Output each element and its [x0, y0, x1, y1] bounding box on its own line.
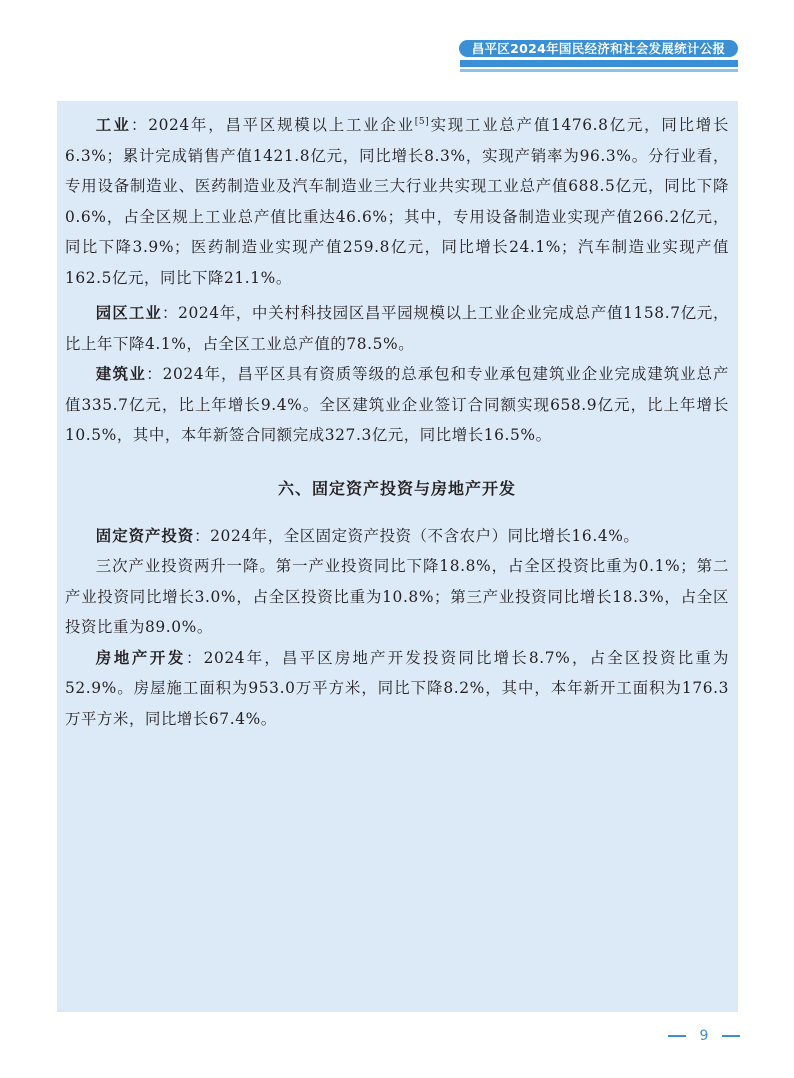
lead-term-industry: 工业	[96, 116, 131, 134]
header-divider-bar	[460, 60, 738, 67]
body-content: 工业：2024年，昌平区规模以上工业企业[5]实现工业总产值1476.8亿元，同…	[65, 110, 729, 734]
lead-term-fixed-asset: 固定资产投资	[96, 527, 194, 545]
paragraph-industry: 工业：2024年，昌平区规模以上工业企业[5]实现工业总产值1476.8亿元，同…	[65, 110, 729, 293]
lead-separator: ：	[146, 365, 162, 383]
lead-separator: ：	[194, 527, 210, 545]
paragraph-text: 实现工业总产值1476.8亿元，同比增长6.3%；累计完成销售产值1421.8亿…	[65, 116, 729, 287]
lead-term-park-industry: 园区工业	[96, 304, 162, 322]
lead-term-construction: 建筑业	[96, 365, 146, 383]
paragraph-text: 2024年，昌平区具有资质等级的总承包和专业承包建筑业企业完成建筑业总产值335…	[65, 365, 729, 444]
paragraph-park-industry: 园区工业：2024年，中关村科技园区昌平园规模以上工业企业完成总产值1158.7…	[65, 298, 729, 359]
footnote-marker[interactable]: [5]	[415, 117, 430, 127]
lead-separator: ：	[162, 304, 178, 322]
paragraph-fixed-asset: 固定资产投资：2024年，全区固定资产投资（不含农户）同比增长16.4%。	[65, 521, 729, 552]
paragraph-real-estate: 房地产开发：2024年，昌平区房地产开发投资同比增长8.7%，占全区投资比重为5…	[65, 643, 729, 735]
dash-decoration	[668, 1035, 686, 1037]
paragraph-three-industries: 三次产业投资两升一降。第一产业投资同比下降18.8%，占全区投资比重为0.1%；…	[65, 551, 729, 643]
lead-separator: ：	[131, 116, 148, 134]
dash-decoration	[722, 1035, 740, 1037]
paragraph-construction: 建筑业：2024年，昌平区具有资质等级的总承包和专业承包建筑业企业完成建筑业总产…	[65, 359, 729, 451]
header-divider-thin-bar	[460, 69, 738, 72]
page-number: 9	[668, 1026, 740, 1046]
paragraph-text: 三次产业投资两升一降。第一产业投资同比下降18.8%，占全区投资比重为0.1%；…	[65, 557, 729, 636]
section-heading: 六、固定资产投资与房地产开发	[65, 475, 729, 503]
paragraph-text: 2024年，昌平区规模以上工业企业	[148, 116, 415, 134]
report-title-banner: 昌平区2024年国民经济和社会发展统计公报	[459, 40, 738, 57]
lead-term-real-estate: 房地产开发	[96, 649, 186, 667]
lead-separator: ：	[186, 649, 204, 667]
page-number-value: 9	[700, 1028, 709, 1044]
paragraph-text: 2024年，全区固定资产投资（不含农户）同比增长16.4%。	[210, 527, 639, 545]
